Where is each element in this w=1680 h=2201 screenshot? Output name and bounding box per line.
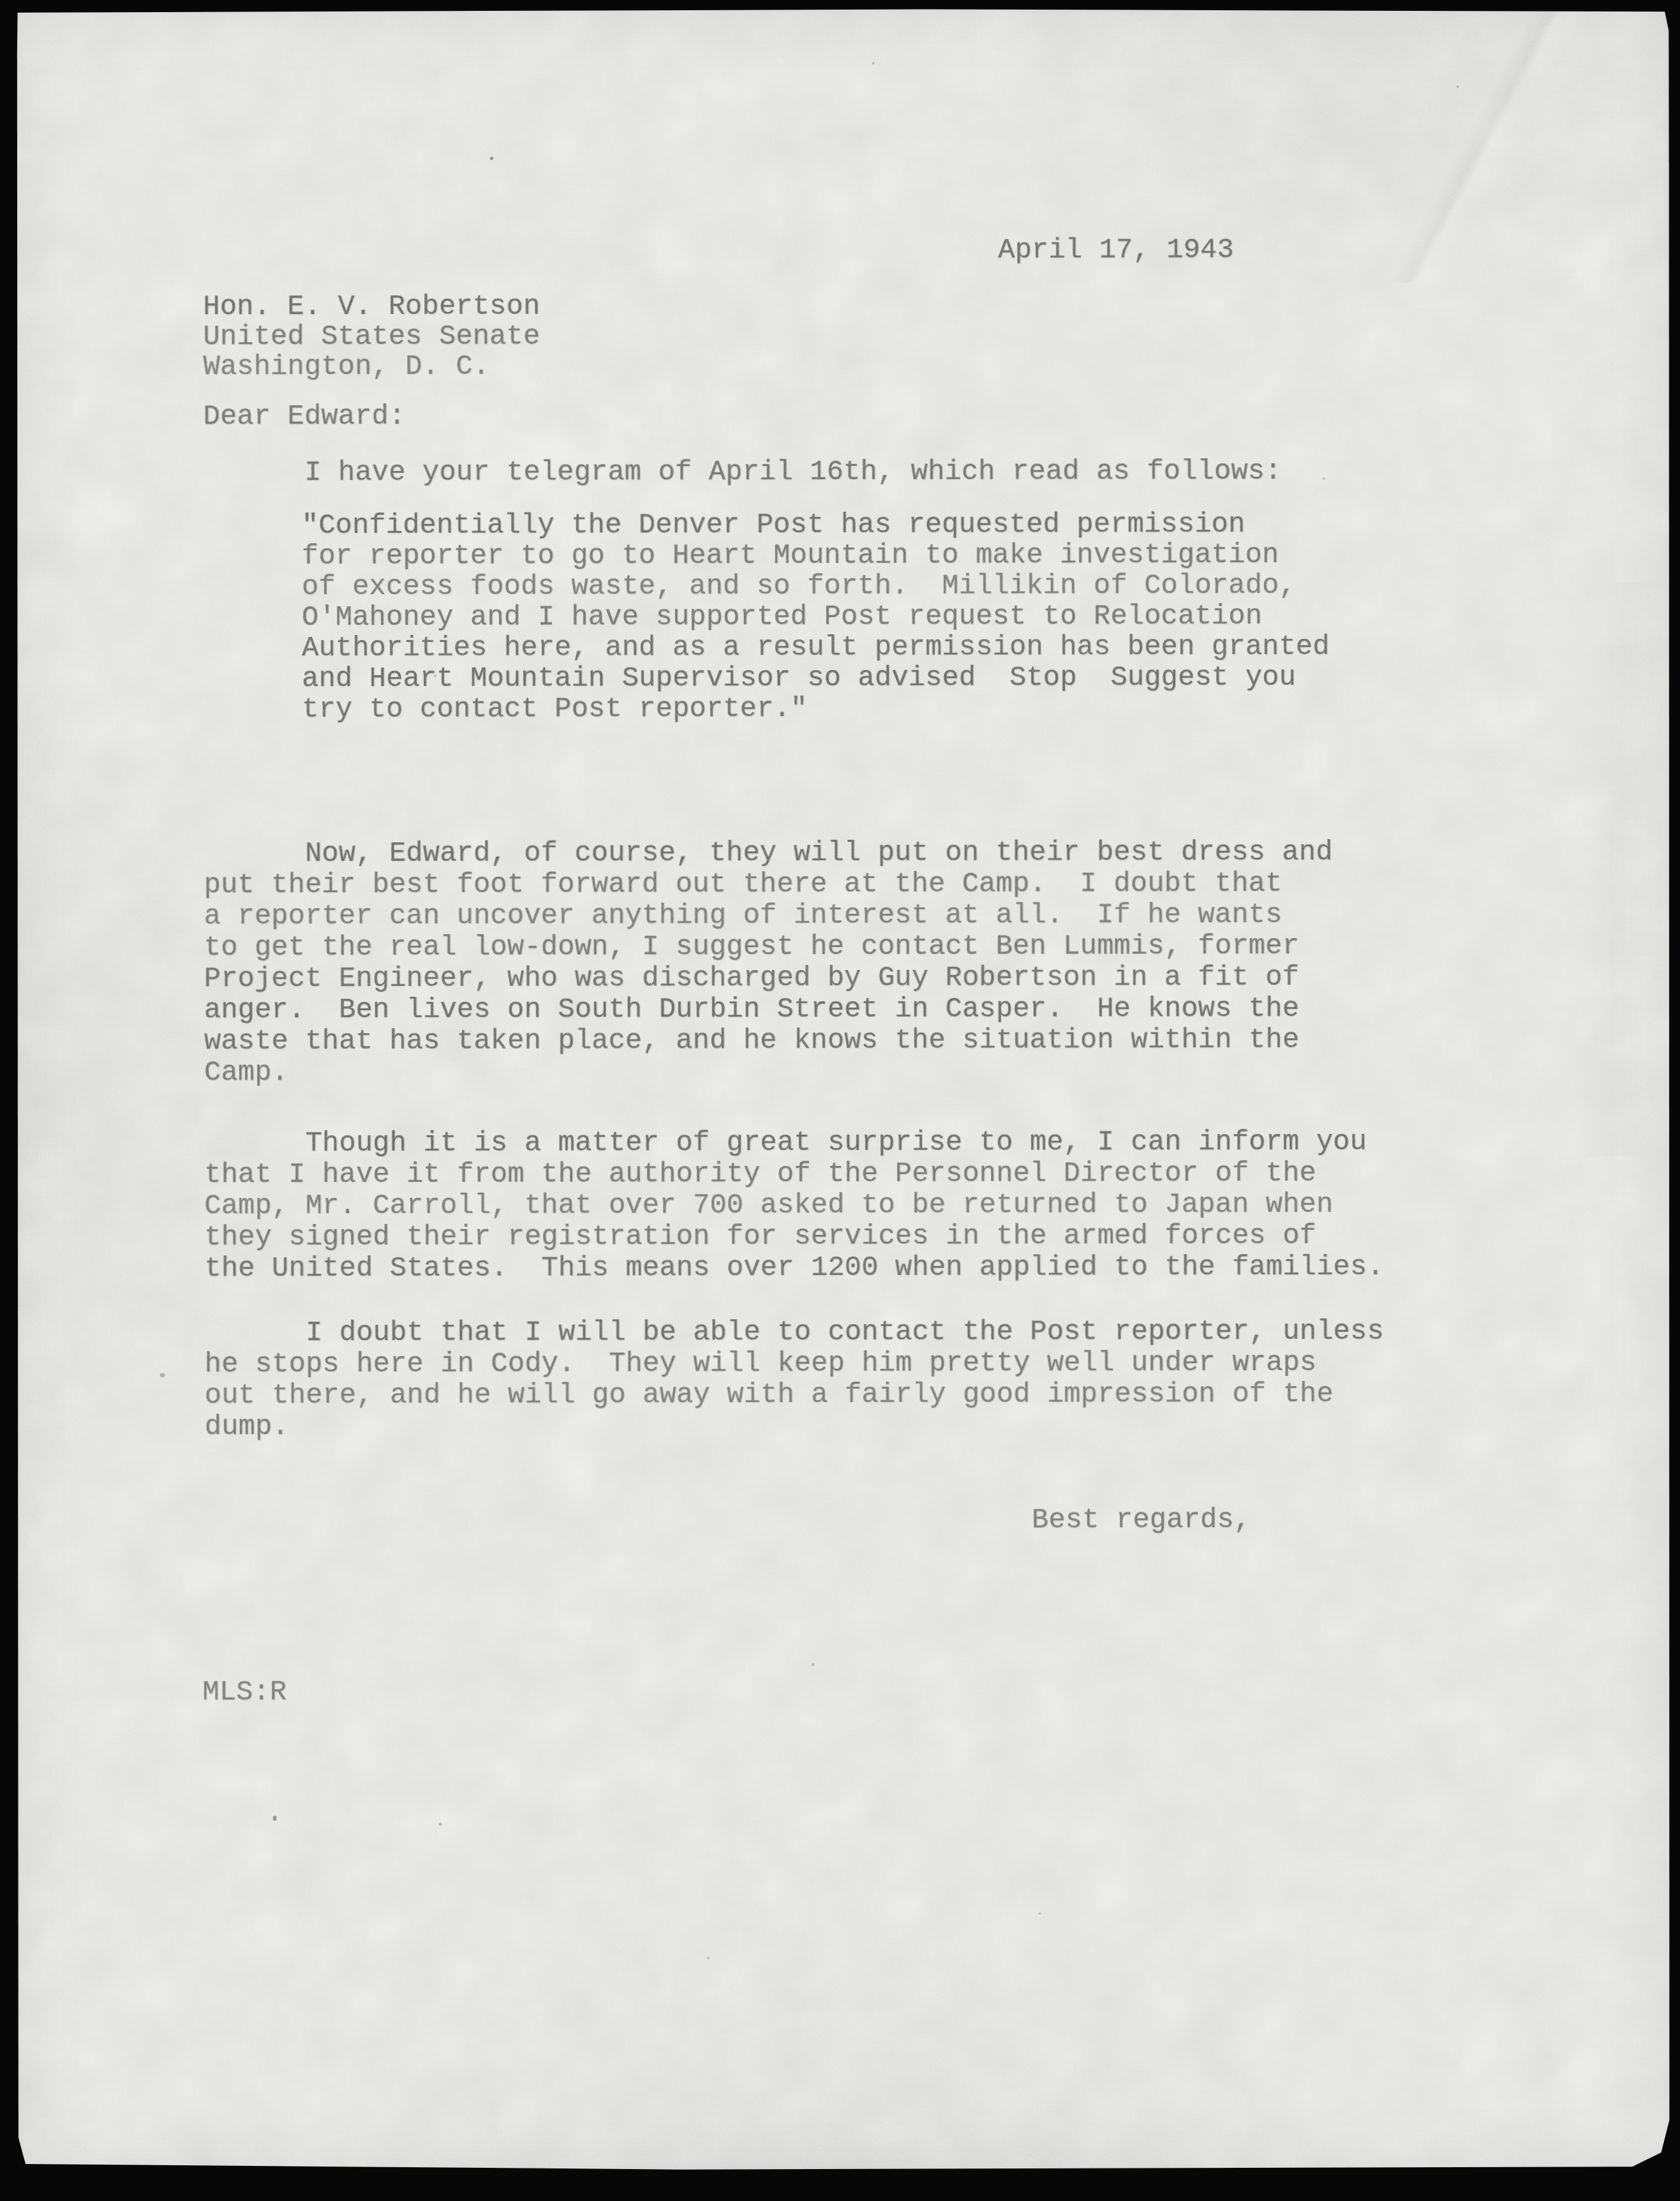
closing: Best regards,: [1032, 1505, 1251, 1536]
text-line: anger. Ben lives on South Durbin Street …: [204, 994, 1333, 1026]
letter-content: April 17, 1943 Hon. E. V. RobertsonUnite…: [15, 8, 1672, 2172]
text-line: to get the real low-down, I suggest he c…: [204, 931, 1333, 964]
text-line: Camp, Mr. Carroll, that over 700 asked t…: [204, 1190, 1383, 1223]
text-line: they signed their registration for servi…: [204, 1221, 1383, 1254]
letter-date: April 17, 1943: [998, 235, 1234, 267]
scanner-background: { "letter": { "date": "April 17, 1943", …: [0, 0, 1680, 2201]
text-line: Washington, D. C.: [203, 352, 540, 383]
typist-initials: MLS:R: [202, 1677, 286, 1708]
text-line: dump.: [205, 1410, 1384, 1444]
text-line: O'Mahoney and I have supported Post requ…: [302, 601, 1330, 633]
telegram-quote: "Confidentially the Denver Post has requ…: [302, 509, 1330, 725]
text-line: Camp.: [204, 1056, 1333, 1089]
text-line: out there, and he will go away with a fa…: [205, 1379, 1384, 1412]
paragraph-post-reporter: I doubt that I will be able to contact t…: [204, 1317, 1384, 1444]
text-line: I doubt that I will be able to contact t…: [204, 1317, 1383, 1350]
text-line: Project Engineer, who was discharged by …: [204, 962, 1333, 995]
text-line: waste that has taken place, and he knows…: [204, 1025, 1333, 1057]
text-line: he stops here in Cody. They will keep hi…: [205, 1348, 1384, 1381]
letter-page: April 17, 1943 Hon. E. V. RobertsonUnite…: [15, 8, 1672, 2172]
paragraph-registration: Though it is a matter of great surprise …: [204, 1127, 1384, 1285]
text-line: a reporter can uncover anything of inter…: [204, 900, 1333, 932]
intro-paragraph: I have your telegram of April 16th, whic…: [204, 456, 1282, 489]
text-line: put their best foot forward out there at…: [204, 869, 1333, 901]
text-line: and Heart Mountain Supervisor so advised…: [302, 662, 1330, 694]
recipient-address: Hon. E. V. RobertsonUnited States Senate…: [203, 292, 540, 383]
text-line: that I have it from the authority of the…: [204, 1158, 1383, 1191]
text-line: United States Senate: [203, 322, 540, 353]
text-line: Though it is a matter of great surprise …: [204, 1127, 1383, 1160]
text-line: of excess foods waste, and so forth. Mil…: [302, 571, 1330, 602]
text-line: Hon. E. V. Robertson: [203, 292, 540, 323]
text-line: "Confidentially the Denver Post has requ…: [302, 509, 1330, 541]
text-line: try to contact Post reporter.": [302, 693, 1330, 725]
text-line: the United States. This means over 1200 …: [204, 1252, 1383, 1285]
salutation: Dear Edward:: [203, 401, 405, 433]
text-line: for reporter to go to Heart Mountain to …: [302, 540, 1330, 572]
text-line: Authorities here, and as a result permis…: [302, 632, 1330, 664]
paragraph-camp-dress: Now, Edward, of course, they will put on…: [204, 837, 1333, 1089]
text-line: Now, Edward, of course, they will put on…: [204, 837, 1332, 870]
